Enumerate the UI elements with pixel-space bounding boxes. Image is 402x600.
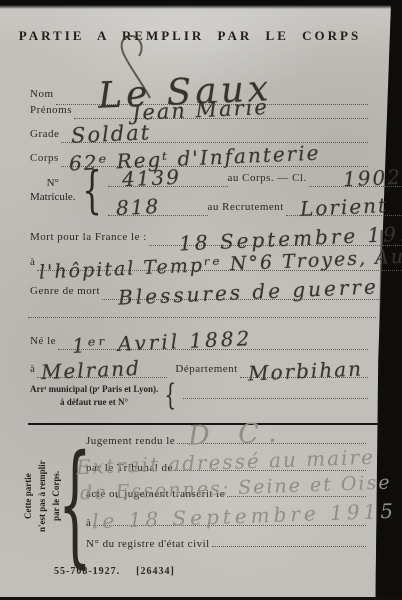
matricule-classe-line: 1902: [309, 164, 402, 187]
field-lieu-naissance: à Melrand Département Morbihan: [30, 355, 368, 378]
scan-edge-top: [0, 0, 402, 9]
matricule-au-corps-label: au Corps. — Cl.: [228, 172, 309, 184]
field-lieu-naissance-label: à: [30, 363, 37, 375]
matricule-corps-number: 4139: [121, 167, 181, 190]
matricule-lieu-line: Lorient: [286, 193, 402, 216]
matricule-lieu-value: Lorient: [299, 195, 388, 219]
field-mort-line: 18 Septembre 1914: [149, 223, 402, 246]
field-jugement-label: Jugement rendu le: [86, 435, 177, 447]
matricule-lines: 4139 au Corps. — Cl. 1902 818 au Recrute…: [108, 164, 402, 216]
matricule-row-recrutement: 818 au Recrutement Lorient: [108, 193, 402, 216]
field-registre-label: N° du registre d'état civil: [86, 538, 212, 550]
arrondissement-label-line1: Arrᵗ municipal (pʳ Paris et Lyon).: [30, 383, 158, 396]
document-title: PARTIE A REMPLIR PAR LE CORPS: [0, 28, 380, 44]
field-arrondissement-label: Arrᵗ municipal (pʳ Paris et Lyon). à déf…: [30, 383, 158, 408]
field-naissance-line: 1ᵉʳ Avril 1882: [58, 327, 368, 350]
field-mort-pour-la-france: Mort pour la France le : 18 Septembre 19…: [30, 223, 368, 246]
field-lieu-naissance-line: Melrand: [37, 355, 167, 378]
field-departement-line: Morbihan: [240, 355, 368, 378]
field-lieu-mort-line: l'hôpital Tempʳᵉ N°6 Troyes, Aube: [37, 250, 402, 271]
matricule-brace: {: [82, 161, 102, 220]
print-reference: 55-708-1927.[26434]: [54, 566, 175, 577]
matricule-row-corps: 4139 au Corps. — Cl. 1902: [108, 164, 402, 187]
matricule-corps-line: 4139: [108, 164, 228, 187]
military-death-record-card: PARTIE A REMPLIR PAR LE CORPS Nom Le Sau…: [0, 0, 402, 600]
matricule-au-recrutement-label: au Recrutement: [208, 201, 286, 213]
field-grade: Grade Soldat: [30, 120, 368, 143]
field-registre-line: [212, 542, 366, 547]
field-arrondissement-line: [183, 394, 368, 399]
print-batch-number: [26434]: [136, 566, 175, 577]
field-corps-label: Corps: [30, 152, 61, 164]
matricule-recrutement-line: 818: [108, 193, 208, 216]
field-grade-label: Grade: [30, 128, 61, 140]
field-prenoms-label: Prénoms: [30, 104, 74, 116]
field-naissance-label: Né le: [30, 335, 58, 347]
field-naissance-value: 1ᵉʳ Avril 1882: [72, 328, 253, 356]
field-naissance: Né le 1ᵉʳ Avril 1882: [30, 327, 368, 350]
field-matricule-label: N° Matricule.: [30, 176, 76, 205]
field-arrondissement: Arrᵗ municipal (pʳ Paris et Lyon). à déf…: [30, 381, 368, 411]
matricule-label-line1: N°: [30, 176, 76, 190]
field-genre-mort: Genre de mort Blessures de guerre: [30, 277, 368, 300]
field-departement-value: Morbihan: [247, 359, 363, 384]
field-grade-line: Soldat: [61, 120, 368, 143]
field-mort-label: Mort pour la France le :: [30, 231, 149, 243]
matricule-recrutement-number: 818: [115, 196, 160, 218]
matricule-label-line2: Matricule.: [30, 190, 76, 204]
field-matricule: N° Matricule. { 4139 au Corps. — Cl. 190…: [30, 164, 370, 216]
field-genre-mort-value: Blessures de guerre: [118, 276, 379, 307]
field-lieu-mort-label: à: [30, 256, 37, 268]
arrondissement-label-line2: à défaut rue et N°: [30, 396, 158, 409]
field-registre: N° du registre d'état civil: [86, 538, 366, 550]
print-imprint-number: 55-708-1927.: [54, 566, 120, 577]
field-genre-mort-label: Genre de mort: [30, 285, 102, 297]
arrondissement-brace: {: [165, 380, 177, 413]
field-prenoms: Prénoms Jean Marie: [30, 96, 368, 119]
dotted-separator: [28, 317, 376, 318]
pencil-jugement-value: D C.: [188, 419, 287, 449]
field-lieu-naissance-value: Melrand: [41, 358, 142, 382]
matricule-classe-value: 1902: [342, 167, 402, 190]
field-lieu-mort: à l'hôpital Tempʳᵉ N°6 Troyes, Aube: [30, 250, 368, 271]
field-departement-label: Département: [167, 363, 239, 375]
field-genre-mort-line: Blessures de guerre: [102, 277, 379, 300]
field-prenoms-line: Jean Marie: [74, 96, 368, 119]
